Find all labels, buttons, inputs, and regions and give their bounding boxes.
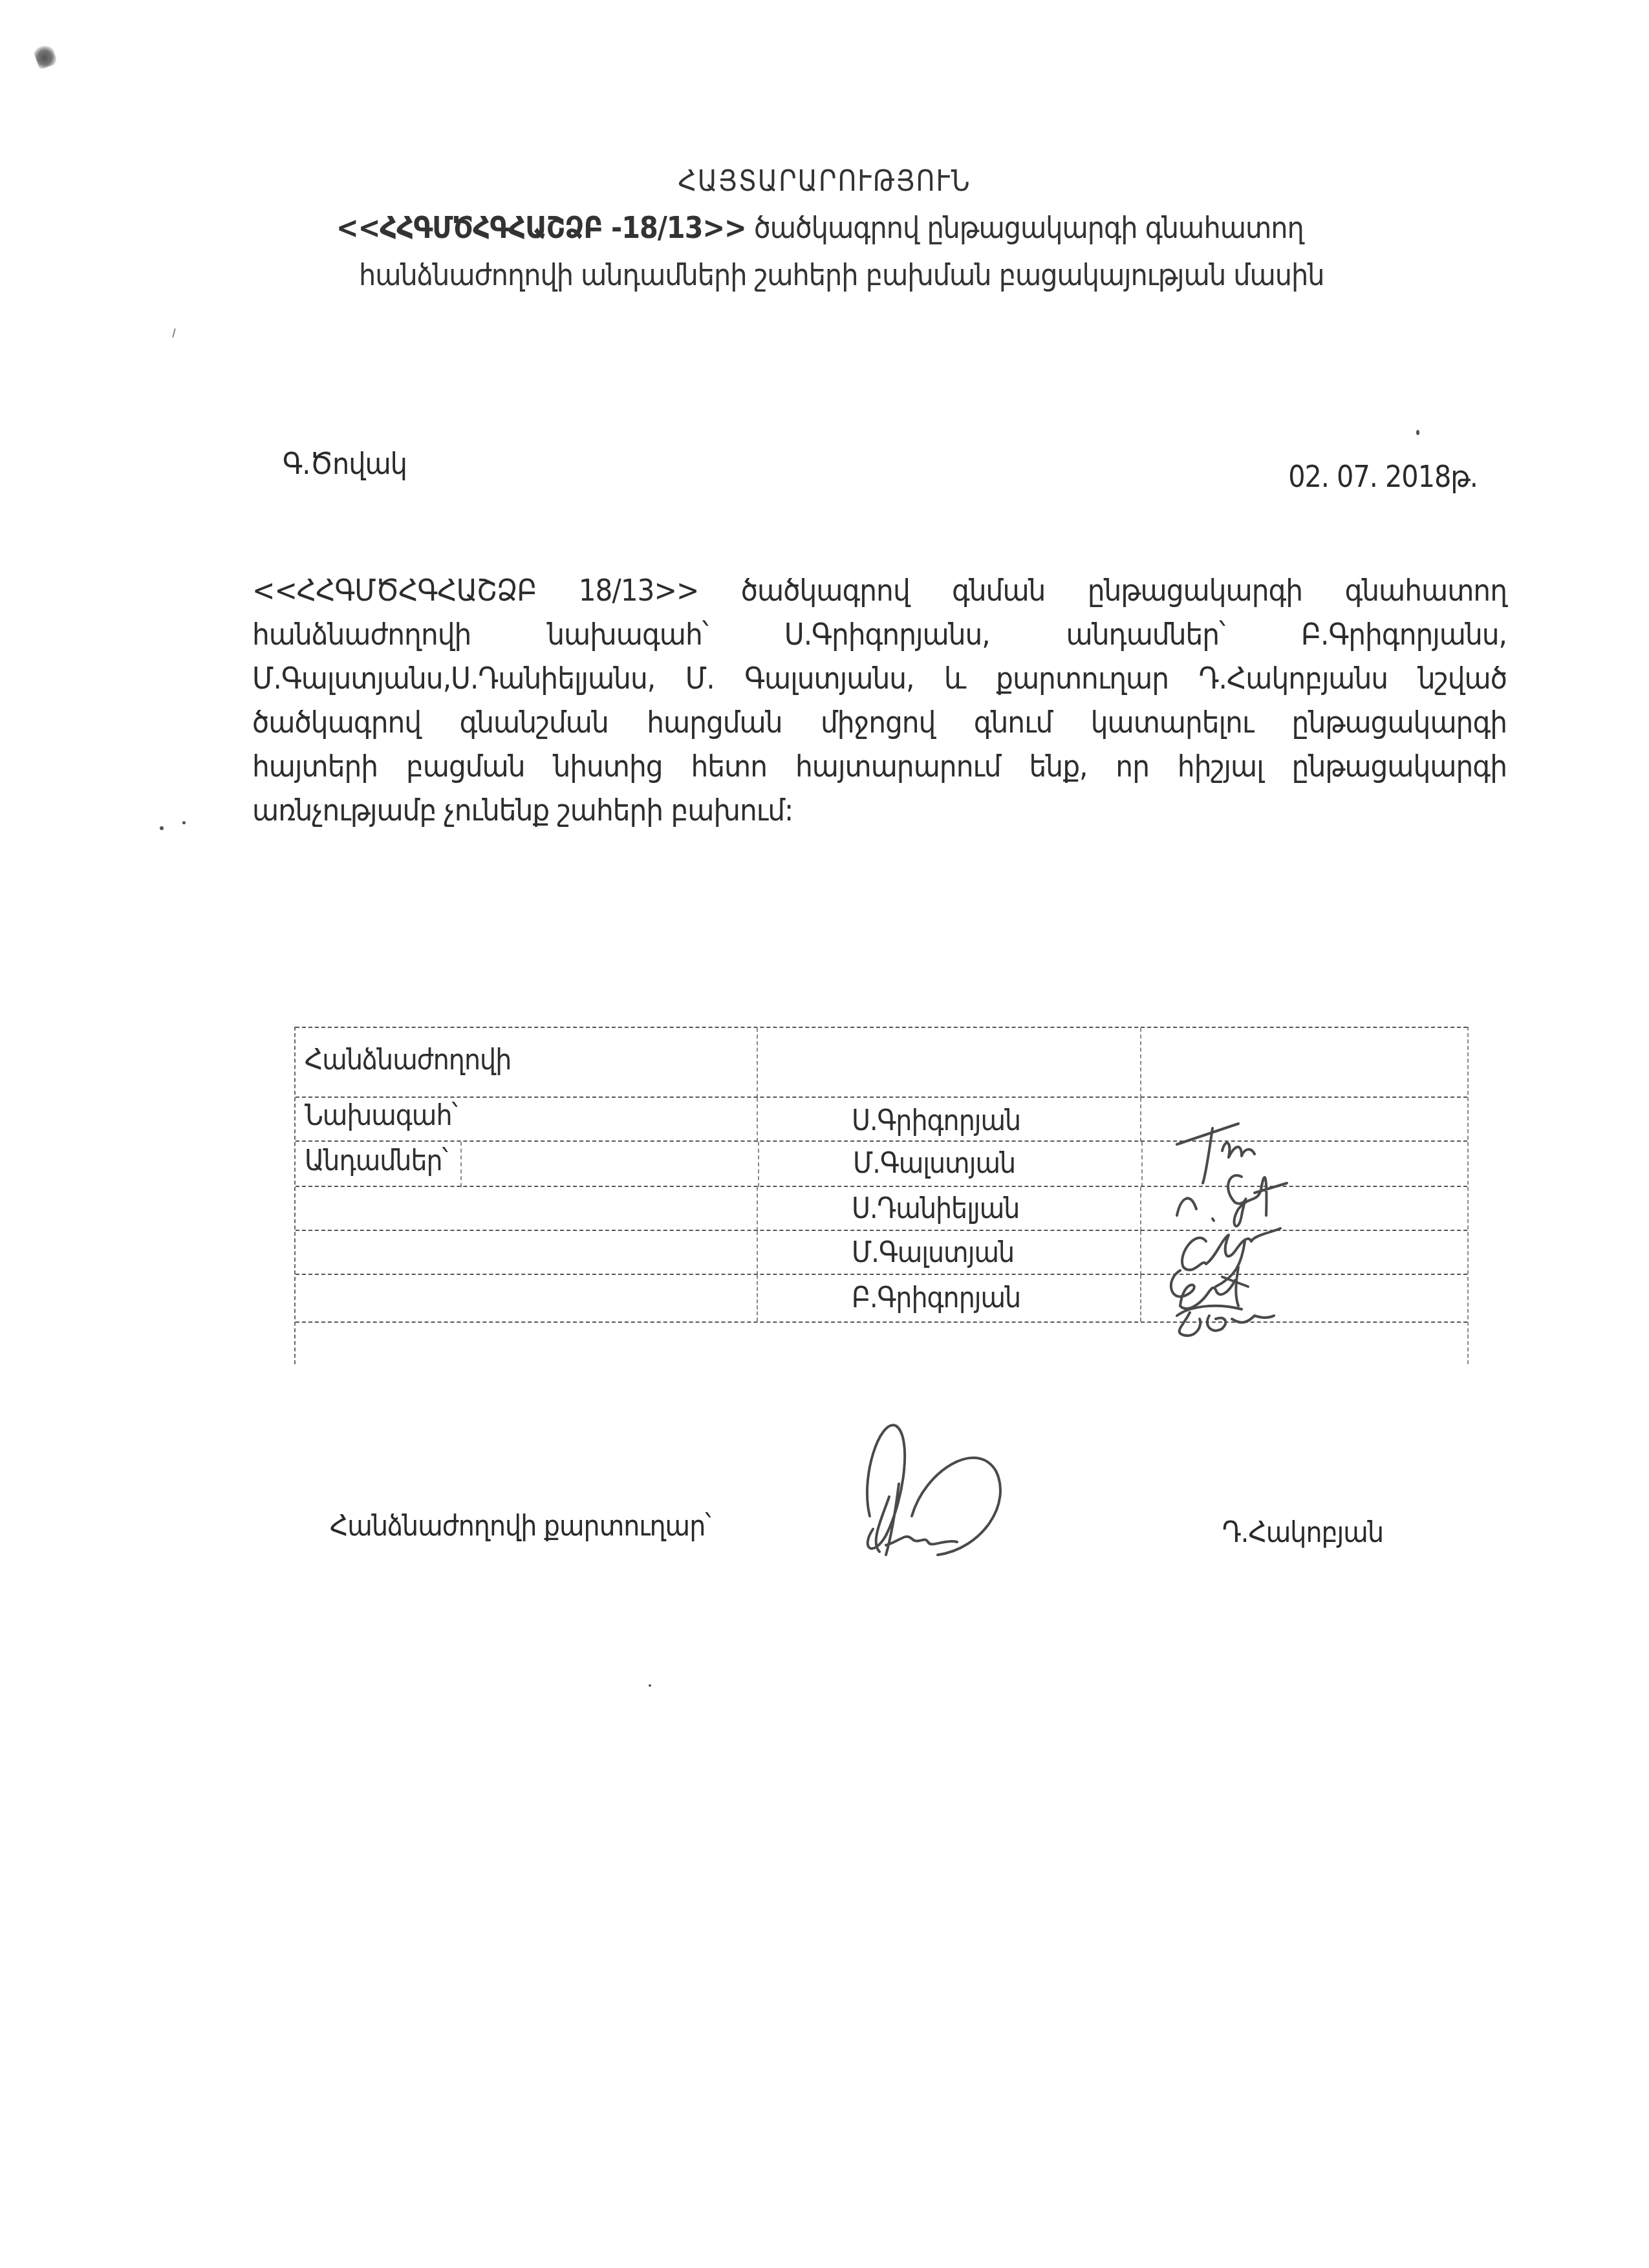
secretary-label: Հանձնաժողովի քարտուղար՝ <box>330 1510 711 1543</box>
signature-2-icon <box>1177 1175 1287 1226</box>
commission-label: Հանձնաժողովի <box>305 1043 511 1076</box>
place-name: Գ.Ծովակ <box>283 446 407 481</box>
subtitle-line1-text: ծածկագրով ընթացակարգի գնահատող <box>746 210 1304 245</box>
table-cell <box>296 1275 758 1321</box>
paragraph-line: ծածկագրով գնանշման հարցման միջոցով գնում… <box>252 701 1507 745</box>
table-cell: Բ.Գրիգորյան <box>758 1275 1141 1321</box>
table-cell: Անդամներ՝ <box>296 1142 462 1187</box>
table-cell: Նախագահ՝ <box>296 1098 758 1142</box>
member-name: Բ.Գրիգորյան <box>852 1281 1020 1314</box>
paragraph-line: Մ.Գալստյանս,Ս.Դանիելյանս, Մ. Գալստյանս, … <box>252 657 1507 701</box>
signature-4-icon <box>1171 1267 1248 1309</box>
member-signatures <box>1151 1112 1364 1338</box>
paragraph-line: առնչությամբ չունենք շահերի բախում: <box>252 789 1507 833</box>
declaration-paragraph: <<ՀՀԳՄԾՀԳՀԱՇՁԲ 18/13>> ծածկագրով գնման ը… <box>252 569 1507 833</box>
signature-5-icon <box>1177 1306 1274 1336</box>
table-cell: Մ.Գալստյան <box>758 1142 1143 1187</box>
table-cell <box>296 1187 758 1231</box>
document-subtitle-line2: հանձնաժողովի անդամների շահերի բախման բաց… <box>359 257 1324 292</box>
scan-smudge <box>32 43 58 70</box>
table-cell <box>296 1231 758 1275</box>
scan-speck <box>160 826 164 830</box>
document-date: 02. 07. 2018թ. <box>1288 459 1478 494</box>
table-cell: Մ.Գալստյան <box>758 1231 1141 1275</box>
scan-speck <box>649 1684 651 1687</box>
table-cell: Ս.Դանիելյան <box>758 1187 1141 1231</box>
signature-3-icon <box>1182 1228 1280 1287</box>
secretary-name: Դ.Հակոբյան <box>1222 1516 1383 1549</box>
table-cell <box>758 1028 1141 1098</box>
member-name: Ս.Գրիգորյան <box>852 1104 1020 1137</box>
table-header-row: Հանձնաժողովի <box>296 1027 1467 1098</box>
secretary-signature-icon <box>834 1419 1067 1568</box>
table-cell: Ս.Գրիգորյան <box>758 1098 1141 1142</box>
document-title: ՀԱՅՏԱՐԱՐՈՒԹՅՈՒՆ <box>0 165 1649 198</box>
table-cell <box>462 1142 757 1187</box>
member-name: Մ.Գալստյան <box>852 1236 1014 1269</box>
paragraph-line: հանձնաժողովի նախագահ՝ Ս.Գրիգորյանս, անդա… <box>252 613 1507 657</box>
document-subtitle-line1: <<ՀՀԳՄԾՀԳՀԱՇՁԲ -18/13>> ծածկագրով ընթացա… <box>336 210 1304 245</box>
procurement-code: <<ՀՀԳՄԾՀԳՀԱՇՁԲ -18/13>> <box>336 210 746 245</box>
scan-speck <box>1416 430 1419 435</box>
paragraph-line: հայտերի բացման նիստից հետո հայտարարում ե… <box>252 745 1507 789</box>
table-cell: Հանձնաժողովի <box>296 1028 758 1098</box>
member-name: Ս.Դանիելյան <box>852 1192 1019 1225</box>
role-label: Անդամներ՝ <box>305 1144 447 1177</box>
paragraph-line: <<ՀՀԳՄԾՀԳՀԱՇՁԲ 18/13>> ծածկագրով գնման ը… <box>252 569 1507 613</box>
member-name: Մ.Գալստյան <box>853 1147 1015 1180</box>
scan-speck <box>182 821 186 824</box>
scan-mark <box>172 328 176 337</box>
role-label: Նախագահ՝ <box>305 1099 457 1132</box>
signature-1-icon <box>1177 1124 1255 1183</box>
